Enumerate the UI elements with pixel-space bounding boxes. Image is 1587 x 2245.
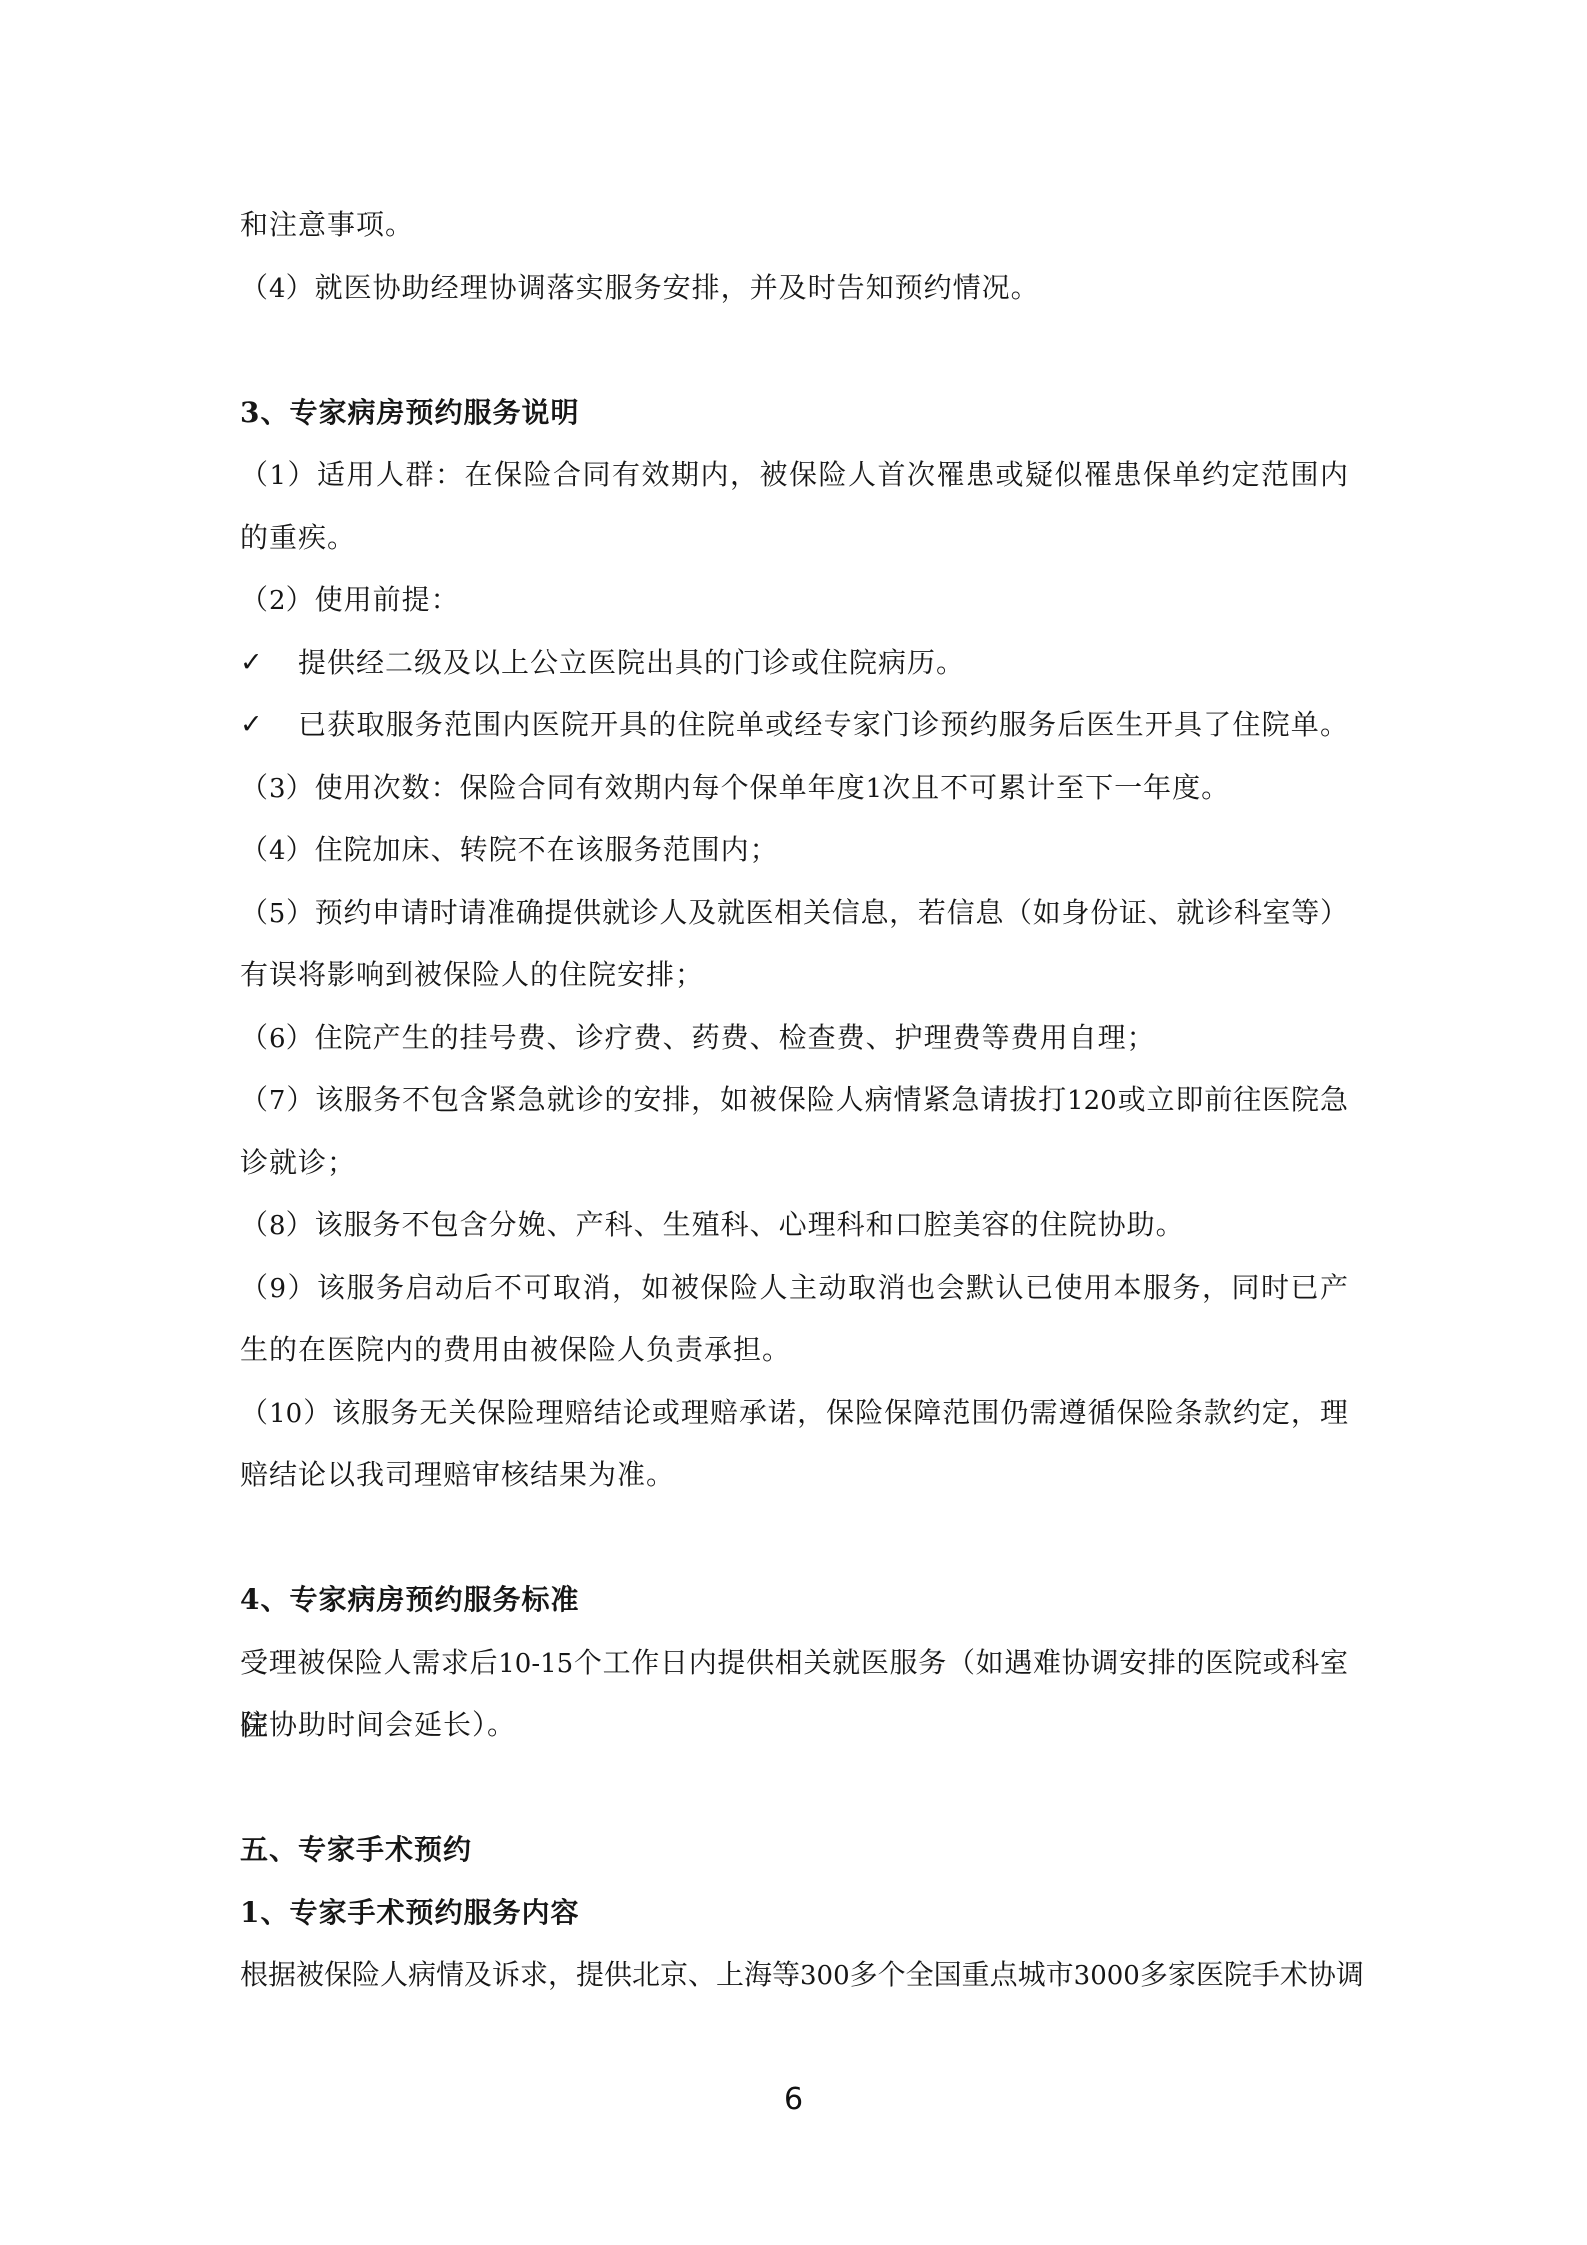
- section-heading: 3、专家病房预约服务说明: [240, 382, 1348, 444]
- checkmark-icon: ✓: [240, 632, 264, 694]
- paragraph-line: （3）使用次数：保险合同有效期内每个保单年度1次且不可累计至下一年度。: [240, 757, 1348, 820]
- section-heading: 4、专家病房预约服务标准: [240, 1569, 1348, 1631]
- paragraph-line: 赔结论以我司理赔审核结果为准。: [240, 1444, 1348, 1506]
- paragraph-line: ✓提供经二级及以上公立医院出具的门诊或住院病历。: [240, 632, 1348, 694]
- section-heading: 1、专家手术预约服务内容: [240, 1882, 1348, 1944]
- numeric-text: 1: [270, 461, 287, 491]
- document-page: 6 和注意事项。（4）就医协助经理协调落实服务安排，并及时告知预约情况。3、专家…: [0, 0, 1587, 2245]
- paragraph-line: （8）该服务不包含分娩、产科、生殖科、心理科和口腔美容的住院协助。: [240, 1194, 1348, 1257]
- paragraph-line: 院协助时间会延长）。: [240, 1694, 1348, 1756]
- paragraph-line-text: 已获取服务范围内医院开具的住院单或经专家门诊预约服务后医生开具了住院单。: [298, 708, 1348, 741]
- numeric-text: 6: [269, 1024, 286, 1054]
- paragraph-line: 生的在医院内的费用由被保险人负责承担。: [240, 1319, 1348, 1381]
- numeric-text: 8: [269, 1211, 286, 1241]
- paragraph-line: 有误将影响到被保险人的住院安排；: [240, 944, 1348, 1006]
- paragraph-line-text: 提供经二级及以上公立医院出具的门诊或住院病历。: [298, 646, 965, 679]
- paragraph-line: （1）适用人群：在保险合同有效期内，被保险人首次罹患或疑似罹患保单约定范围内: [240, 444, 1348, 507]
- numeric-text: 1: [866, 774, 883, 804]
- numeric-text: 5: [269, 899, 286, 929]
- checkmark-icon: ✓: [240, 694, 263, 756]
- paragraph-line: （7）该服务不包含紧急就诊的安排，如被保险人病情紧急请拔打120或立即前往医院急: [240, 1069, 1348, 1132]
- paragraph-line: （10）该服务无关保险理赔结论或理赔承诺，保险保障范围仍需遵循保险条款约定，理: [240, 1382, 1348, 1445]
- paragraph-line: 的重疾。: [240, 507, 1348, 569]
- paragraph-line: （5）预约申请时请准确提供就诊人及就医相关信息，若信息（如身份证、就诊科室等）: [240, 882, 1348, 945]
- numeric-text: 300: [800, 1961, 850, 1991]
- paragraph-line: ✓已获取服务范围内医院开具的住院单或经专家门诊预约服务后医生开具了住院单。: [240, 694, 1348, 756]
- numeric-text: 120: [1067, 1086, 1117, 1116]
- numeric-text: 7: [269, 1086, 286, 1116]
- section-heading: 五、专家手术预约: [240, 1819, 1348, 1881]
- paragraph-line: （9）该服务启动后不可取消，如被保险人主动取消也会默认已使用本服务，同时已产: [240, 1257, 1348, 1320]
- numeric-text: 9: [270, 1274, 287, 1304]
- paragraph-line: 根据被保险人病情及诉求，提供北京、上海等300多个全国重点城市3000多家医院手…: [240, 1944, 1348, 2007]
- paragraph-line: （4）就医协助经理协调落实服务安排，并及时告知预约情况。: [240, 257, 1348, 320]
- paragraph-line: （4）住院加床、转院不在该服务范围内；: [240, 819, 1348, 882]
- paragraph-line: （2）使用前提：: [240, 569, 1348, 632]
- numeric-text: 3: [269, 774, 286, 804]
- numeric-text: 4: [269, 274, 286, 304]
- paragraph-line: （6）住院产生的挂号费、诊疗费、药费、检查费、护理费等费用自理；: [240, 1007, 1348, 1070]
- numeric-text: 2: [269, 586, 286, 616]
- numeric-text: 10-15: [498, 1649, 573, 1679]
- numeric-text: 10: [269, 1399, 302, 1429]
- paragraph-line: 诊就诊；: [240, 1132, 1348, 1194]
- numeric-text: 4: [269, 836, 286, 866]
- paragraph-line: 和注意事项。: [240, 194, 1348, 256]
- numeric-text: 3000: [1074, 1961, 1140, 1991]
- page-number: 6: [0, 2080, 1587, 2120]
